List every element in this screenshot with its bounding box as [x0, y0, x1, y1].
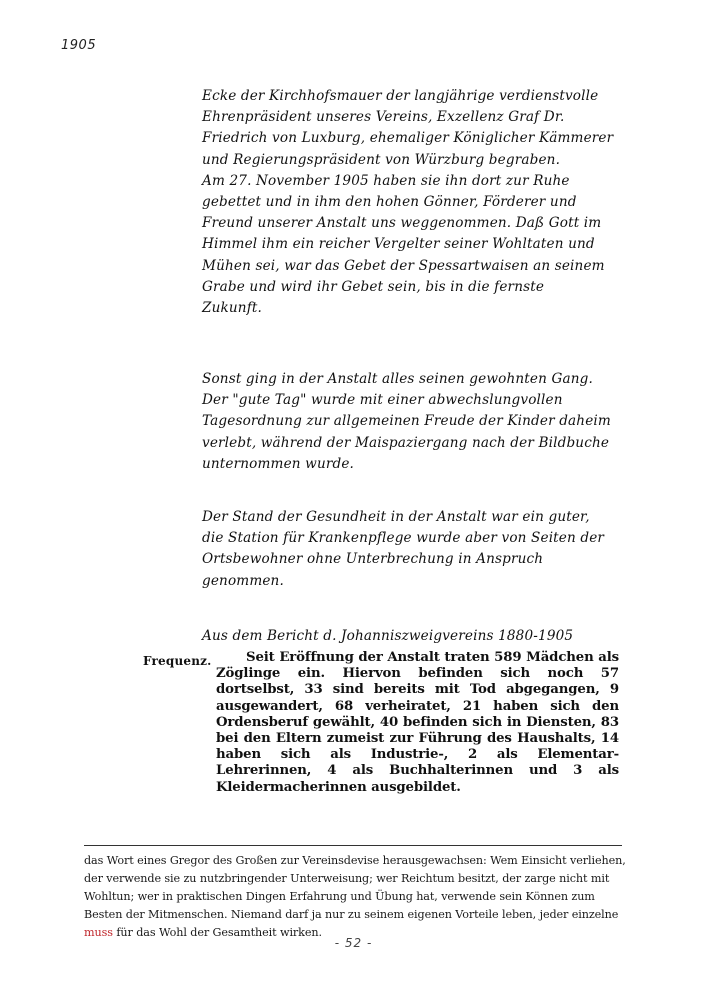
handwritten-paragraph-3: Der Stand der Gesundheit in der Anstalt …	[202, 507, 632, 592]
text-line: Am 27. November 1905 haben sie ihn dort …	[202, 171, 632, 192]
text-line: und Regierungspräsident von Würzburg beg…	[202, 150, 632, 171]
fraktur-excerpt-text: Seit Eröffnung der Anstalt traten 589 Mä…	[216, 650, 619, 796]
handwritten-paragraph-1: Ecke der Kirchhofsmauer der langjährige …	[202, 86, 632, 319]
footnote-divider	[84, 845, 622, 846]
source-citation: Aus dem Bericht d. Johanniszweigvereins …	[202, 626, 632, 647]
text-line: gebettet und in ihm den hohen Gönner, Fö…	[202, 192, 632, 213]
text-line: Grabe und wird ihr Gebet sein, bis in di…	[202, 277, 632, 298]
text-line: Zukunft.	[202, 298, 632, 319]
text-line: Tagesordnung zur allgemeinen Freude der …	[202, 411, 632, 432]
text-line: Ehrenpräsident unseres Vereins, Exzellen…	[202, 107, 632, 128]
text-line: Ortsbewohner ohne Unterbrechung in Anspr…	[202, 549, 632, 570]
page-number: - 52 -	[0, 936, 707, 950]
text-line: Himmel ihm ein reicher Vergelter seiner …	[202, 234, 632, 255]
page-year-header: 1905	[61, 38, 96, 53]
text-line: Mühen sei, war das Gebet der Spessartwai…	[202, 256, 632, 277]
footnote: das Wort eines Gregor des Großen zur Ver…	[84, 852, 629, 942]
text-line: Sonst ging in der Anstalt alles seinen g…	[202, 369, 632, 390]
text-line: Ecke der Kirchhofsmauer der langjährige …	[202, 86, 632, 107]
text-line: Friedrich von Luxburg, ehemaliger Königl…	[202, 128, 632, 149]
text-line: unternommen wurde.	[202, 454, 632, 475]
text-line: Der Stand der Gesundheit in der Anstalt …	[202, 507, 632, 528]
handwritten-paragraph-2: Sonst ging in der Anstalt alles seinen g…	[202, 369, 632, 475]
text-line: die Station für Krankenpflege wurde aber…	[202, 528, 632, 549]
footnote-text-before: das Wort eines Gregor des Großen zur Ver…	[84, 854, 626, 921]
text-line: verlebt, während der Maispaziergang nach…	[202, 433, 632, 454]
text-line: genommen.	[202, 571, 632, 592]
text-line: Freund unserer Anstalt uns weggenommen. …	[202, 213, 632, 234]
source-text: Aus dem Bericht d. Johanniszweigvereins …	[202, 626, 632, 647]
text-line: Der "gute Tag" wurde mit einer abwechslu…	[202, 390, 632, 411]
fraktur-side-label: Frequenz.	[143, 654, 212, 668]
